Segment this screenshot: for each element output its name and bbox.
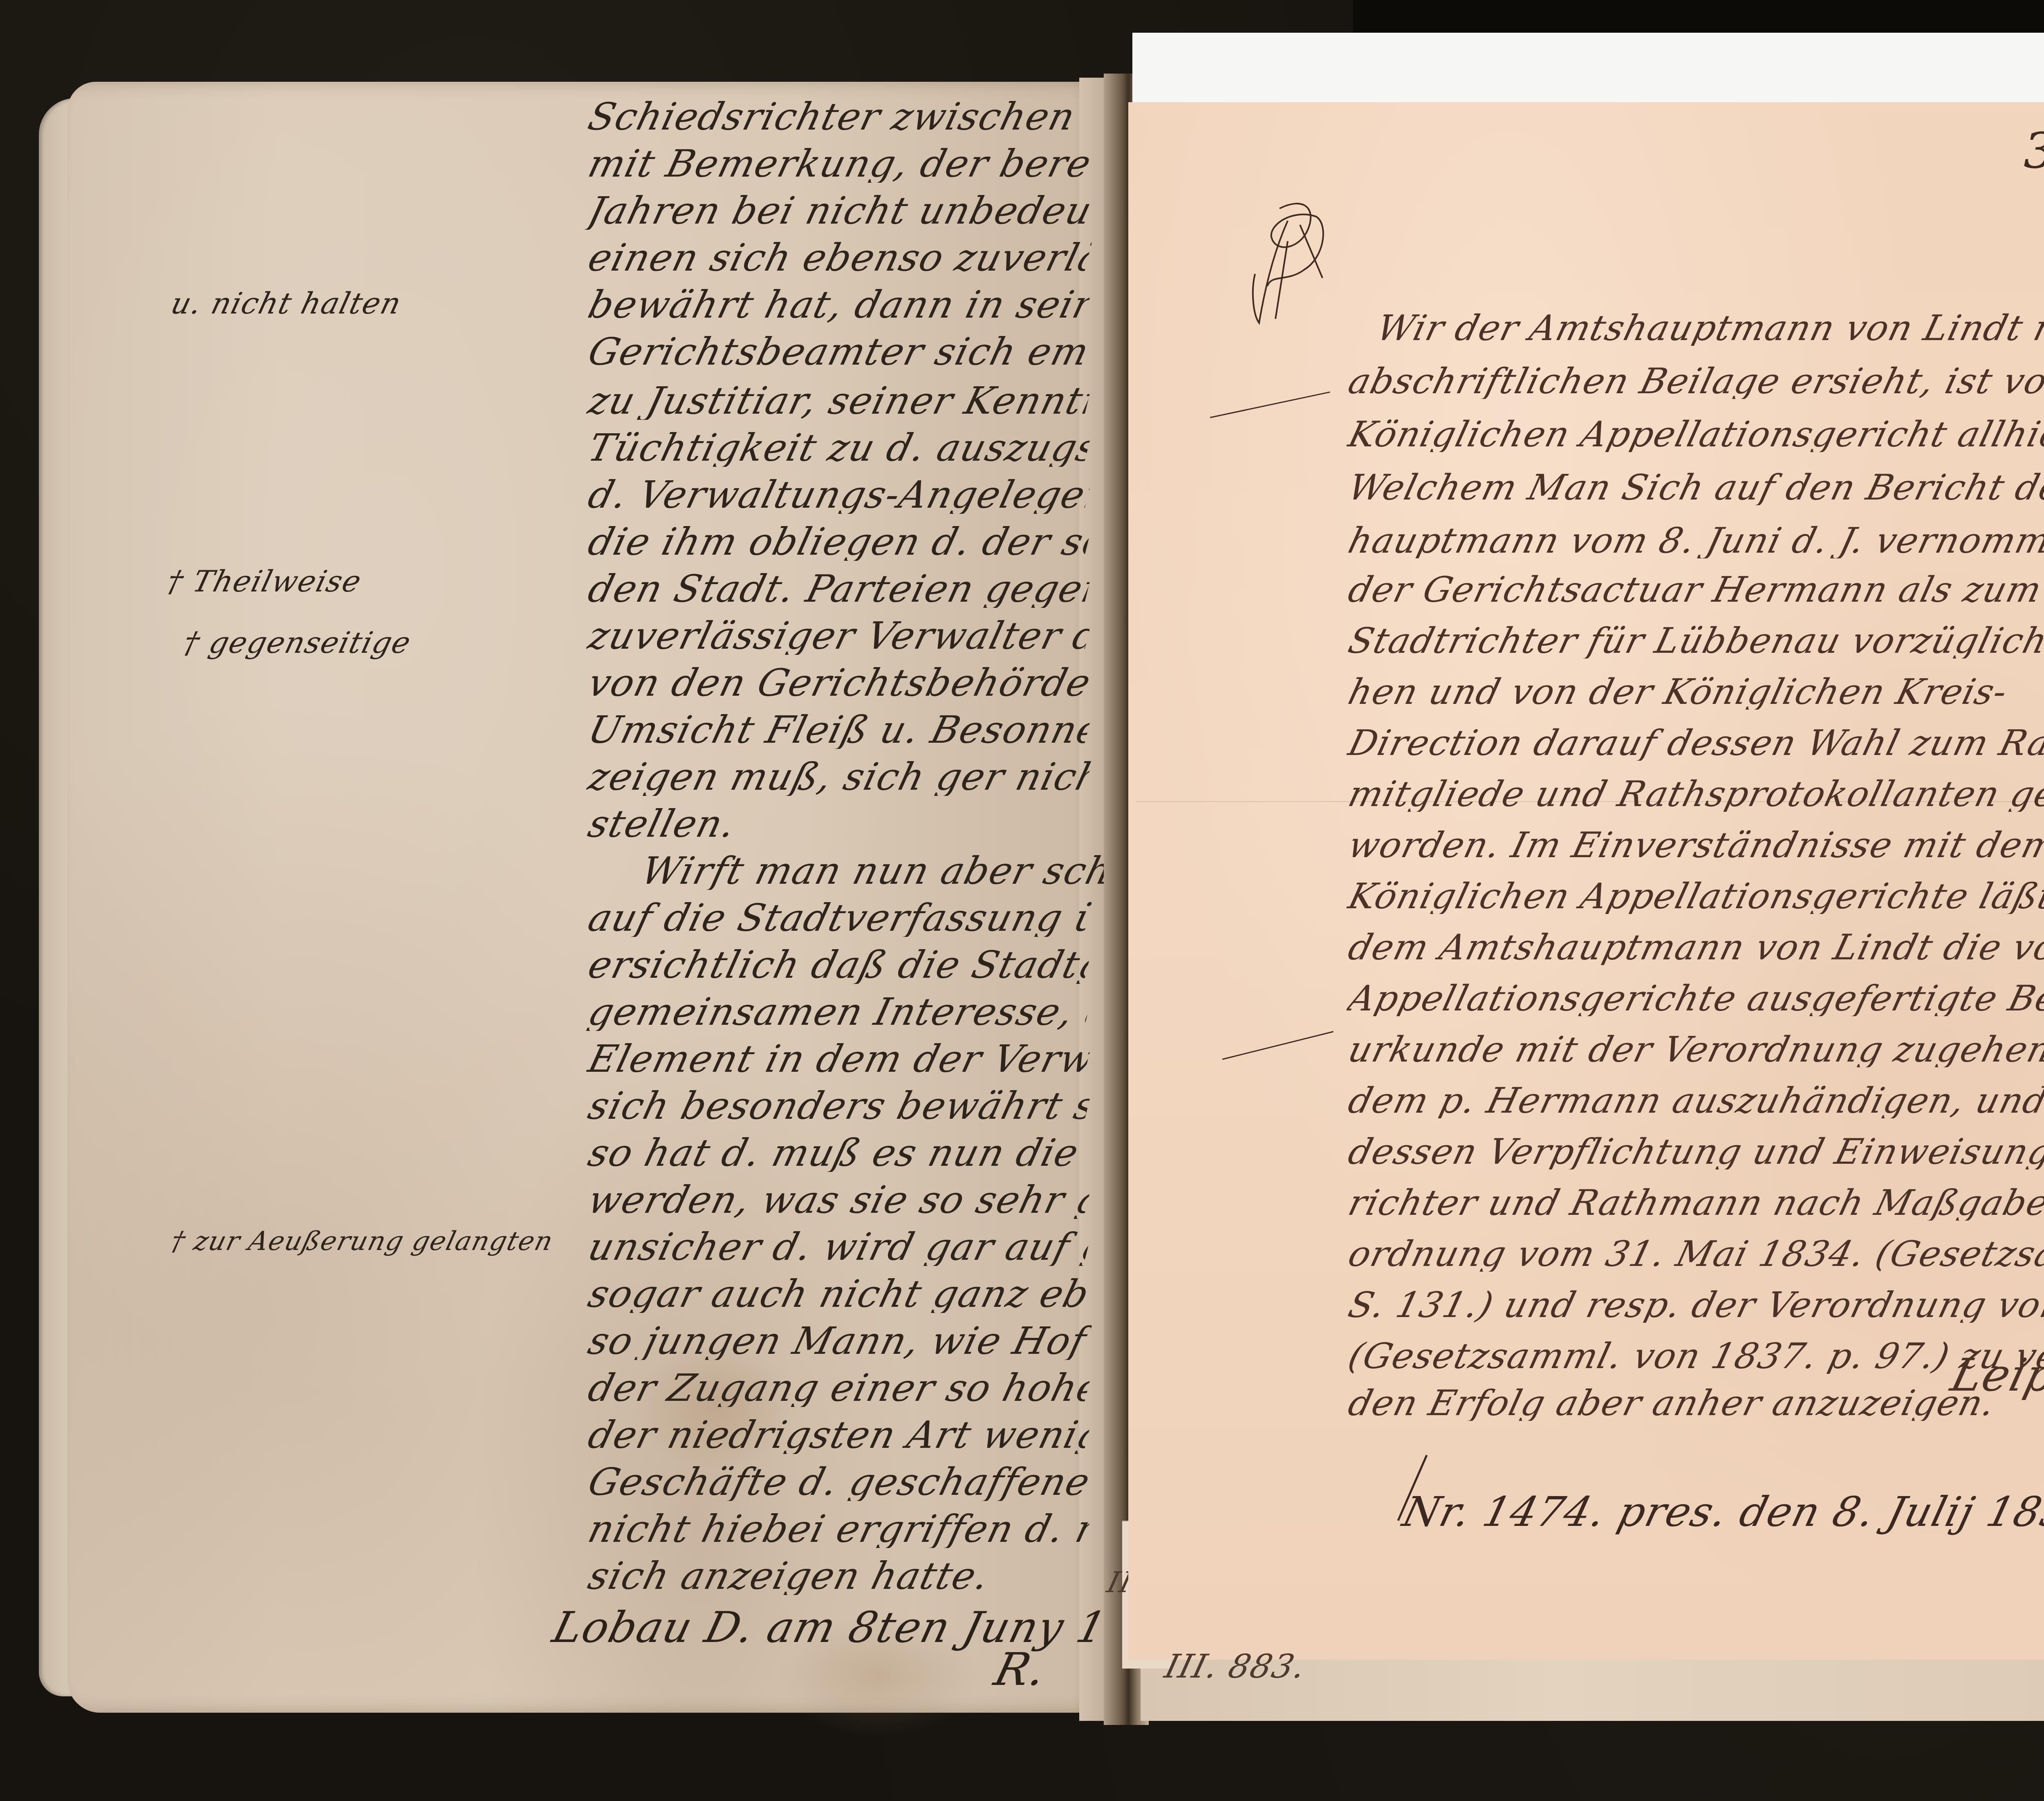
text-line: Schiedsrichter zwischen meiner Dafürhalt… xyxy=(585,98,1093,136)
text-line: sich anzeigen hatte. xyxy=(585,1557,1093,1595)
text-line: hen und von der Königlichen Kreis- xyxy=(1345,674,2044,710)
text-line: zuverlässiger Verwalter d. auch selbst xyxy=(585,617,1093,655)
text-line: Wirft man nun aber schließlich einen Bli… xyxy=(638,852,1146,890)
text-line: der niedrigsten Art wenig eben, welche xyxy=(585,1416,1093,1454)
text-line: Stadtrichter für Lübbenau vorzüglich ang… xyxy=(1345,623,2044,659)
text-line: zeigen muß, sich ger nicht in Frage zu xyxy=(585,758,1093,796)
text-line: dem p. Hermann auszuhändigen, und mit xyxy=(1345,1083,2044,1118)
archive-signature: III. 883. xyxy=(1161,1647,1310,1685)
text-line: Direction darauf dessen Wahl zum Raths- xyxy=(1345,726,2044,761)
text-line: Königlichen Appellationsgerichte läßt Ma… xyxy=(1345,879,2044,914)
text-line: ersichtlich daß die Stadtgemeinde als so… xyxy=(585,946,1093,984)
text-line: Welchem Man Sich auf den Bericht des Amt… xyxy=(1345,470,2044,505)
text-line: werden, was sie so sehr ganz unerfahren xyxy=(585,1181,1093,1219)
text-line: sich besonders bewährt sich bewegen soll xyxy=(585,1087,1093,1125)
text-line: so jungen Mann, wie Hofmann ist, dem xyxy=(585,1322,1093,1360)
text-line: ordnung vom 31. Mai 1834. (Gesetzsamml. … xyxy=(1345,1237,2044,1272)
margin-note: † gegenseitige xyxy=(180,625,415,660)
text-line: gemeinsamen Interesse, also das eigentli… xyxy=(585,993,1093,1031)
text-line: auf die Stadtverfassung überhaupt so ist xyxy=(585,899,1093,937)
text-line: (Gesetzsamml. von 1837. p. 97.) zu verfa… xyxy=(1345,1339,2044,1374)
text-line: S. 131.) und resp. der Verordnung vom 2.… xyxy=(1345,1288,2044,1323)
text-line: Wir der Amtshauptmann von Lindt mit der xyxy=(1374,311,2044,346)
text-line: der Gerichtsactuar Hermann als zum xyxy=(1345,572,2044,607)
text-line: die ihm obliegen d. der selbst, ein wese… xyxy=(585,523,1093,561)
text-line: zu Justitiar, seiner Kenntnisse, Mi xyxy=(585,382,1093,420)
text-line: richter und Rathmann nach Maßgabe der Ve… xyxy=(1345,1185,2044,1221)
text-line: Gerichtsbeamter sich empfehlungswerth xyxy=(585,333,1093,371)
text-line: Königlichen Appellationsgericht allhier,… xyxy=(1345,417,2044,452)
text-line: hauptmann vom 8. Juni d. J. vernommen, xyxy=(1345,523,2044,558)
text-line: abschriftlichen Beilage ersieht, ist von… xyxy=(1345,364,2044,399)
signature: Leip. xyxy=(1946,1349,2044,1401)
text-line: den Stadt. Parteien gegenüber als ein xyxy=(585,570,1093,608)
text-line: den Erfolg aber anher anzuzeigen. xyxy=(1345,1386,2044,1421)
text-line: unsicher d. wird gar auf gleich von eine… xyxy=(585,1228,1093,1266)
text-line: d. Verwaltungs-Angelegenheiten gut hat xyxy=(585,476,1093,514)
text-line: Appellationsgerichte ausgefertigte Bestä… xyxy=(1345,981,2044,1016)
margin-note: u. nicht halten xyxy=(168,286,405,320)
text-line: nicht hiebei ergriffen d. nur es erst xyxy=(585,1510,1093,1548)
text-line: mit Bemerkung, der bereits zwei mehr xyxy=(585,145,1093,183)
text-line: Umsicht Fleiß u. Besonnenheit sich ge- xyxy=(585,711,1093,749)
text-line: Jahren bei nicht unbedeutenden Gerichtsb xyxy=(585,192,1093,230)
text-line: so hat d. muß es nun die gesetzliche Ord… xyxy=(585,1134,1093,1172)
margin-note: † Theilweise xyxy=(164,564,365,598)
text-line: Geschäfte d. geschaffene Ausbildung xyxy=(585,1463,1093,1501)
text-line: Element in dem der Verwaltung d. Justiz xyxy=(585,1040,1093,1078)
folio-number: 36. xyxy=(2024,123,2044,179)
text-line: stellen. xyxy=(585,805,1093,843)
text-line: bewährt hat, dann in seiner Familie als xyxy=(585,286,1093,324)
opening-flourish-icon xyxy=(1247,192,1349,327)
open-volume: u. nicht halten † Theilweise † gegenseit… xyxy=(0,0,2044,1801)
margin-note: † zur Aeußerung gelangten xyxy=(168,1226,556,1257)
text-line: mitgliede und Rathsprotokollanten genehm… xyxy=(1345,777,2044,812)
text-line: der Zugang einer so hohen Stufe sich xyxy=(585,1369,1093,1407)
registry-note: Nr. 1474. pres. den 8. Julij 1839. xyxy=(1398,1488,2044,1536)
text-line: worden. Im Einverständnisse mit dem xyxy=(1345,828,2044,863)
text-line: sogar auch nicht ganz ebenen Wege, d. si… xyxy=(585,1275,1093,1313)
text-line: dem Amtshauptmann von Lindt die von dem xyxy=(1345,930,2044,965)
text-line: von den Gerichtsbehörden und anderen xyxy=(585,664,1093,702)
text-line: Tüchtigkeit zu d. auszugsweiseren Amts xyxy=(585,429,1093,467)
text-line: dessen Verpflichtung und Einweisung als … xyxy=(1345,1134,2044,1169)
text-line: urkunde mit der Verordnung zugehen, solc… xyxy=(1345,1032,2044,1067)
text-line: einen sich ebenso zuverlässig als geschi xyxy=(585,239,1093,277)
